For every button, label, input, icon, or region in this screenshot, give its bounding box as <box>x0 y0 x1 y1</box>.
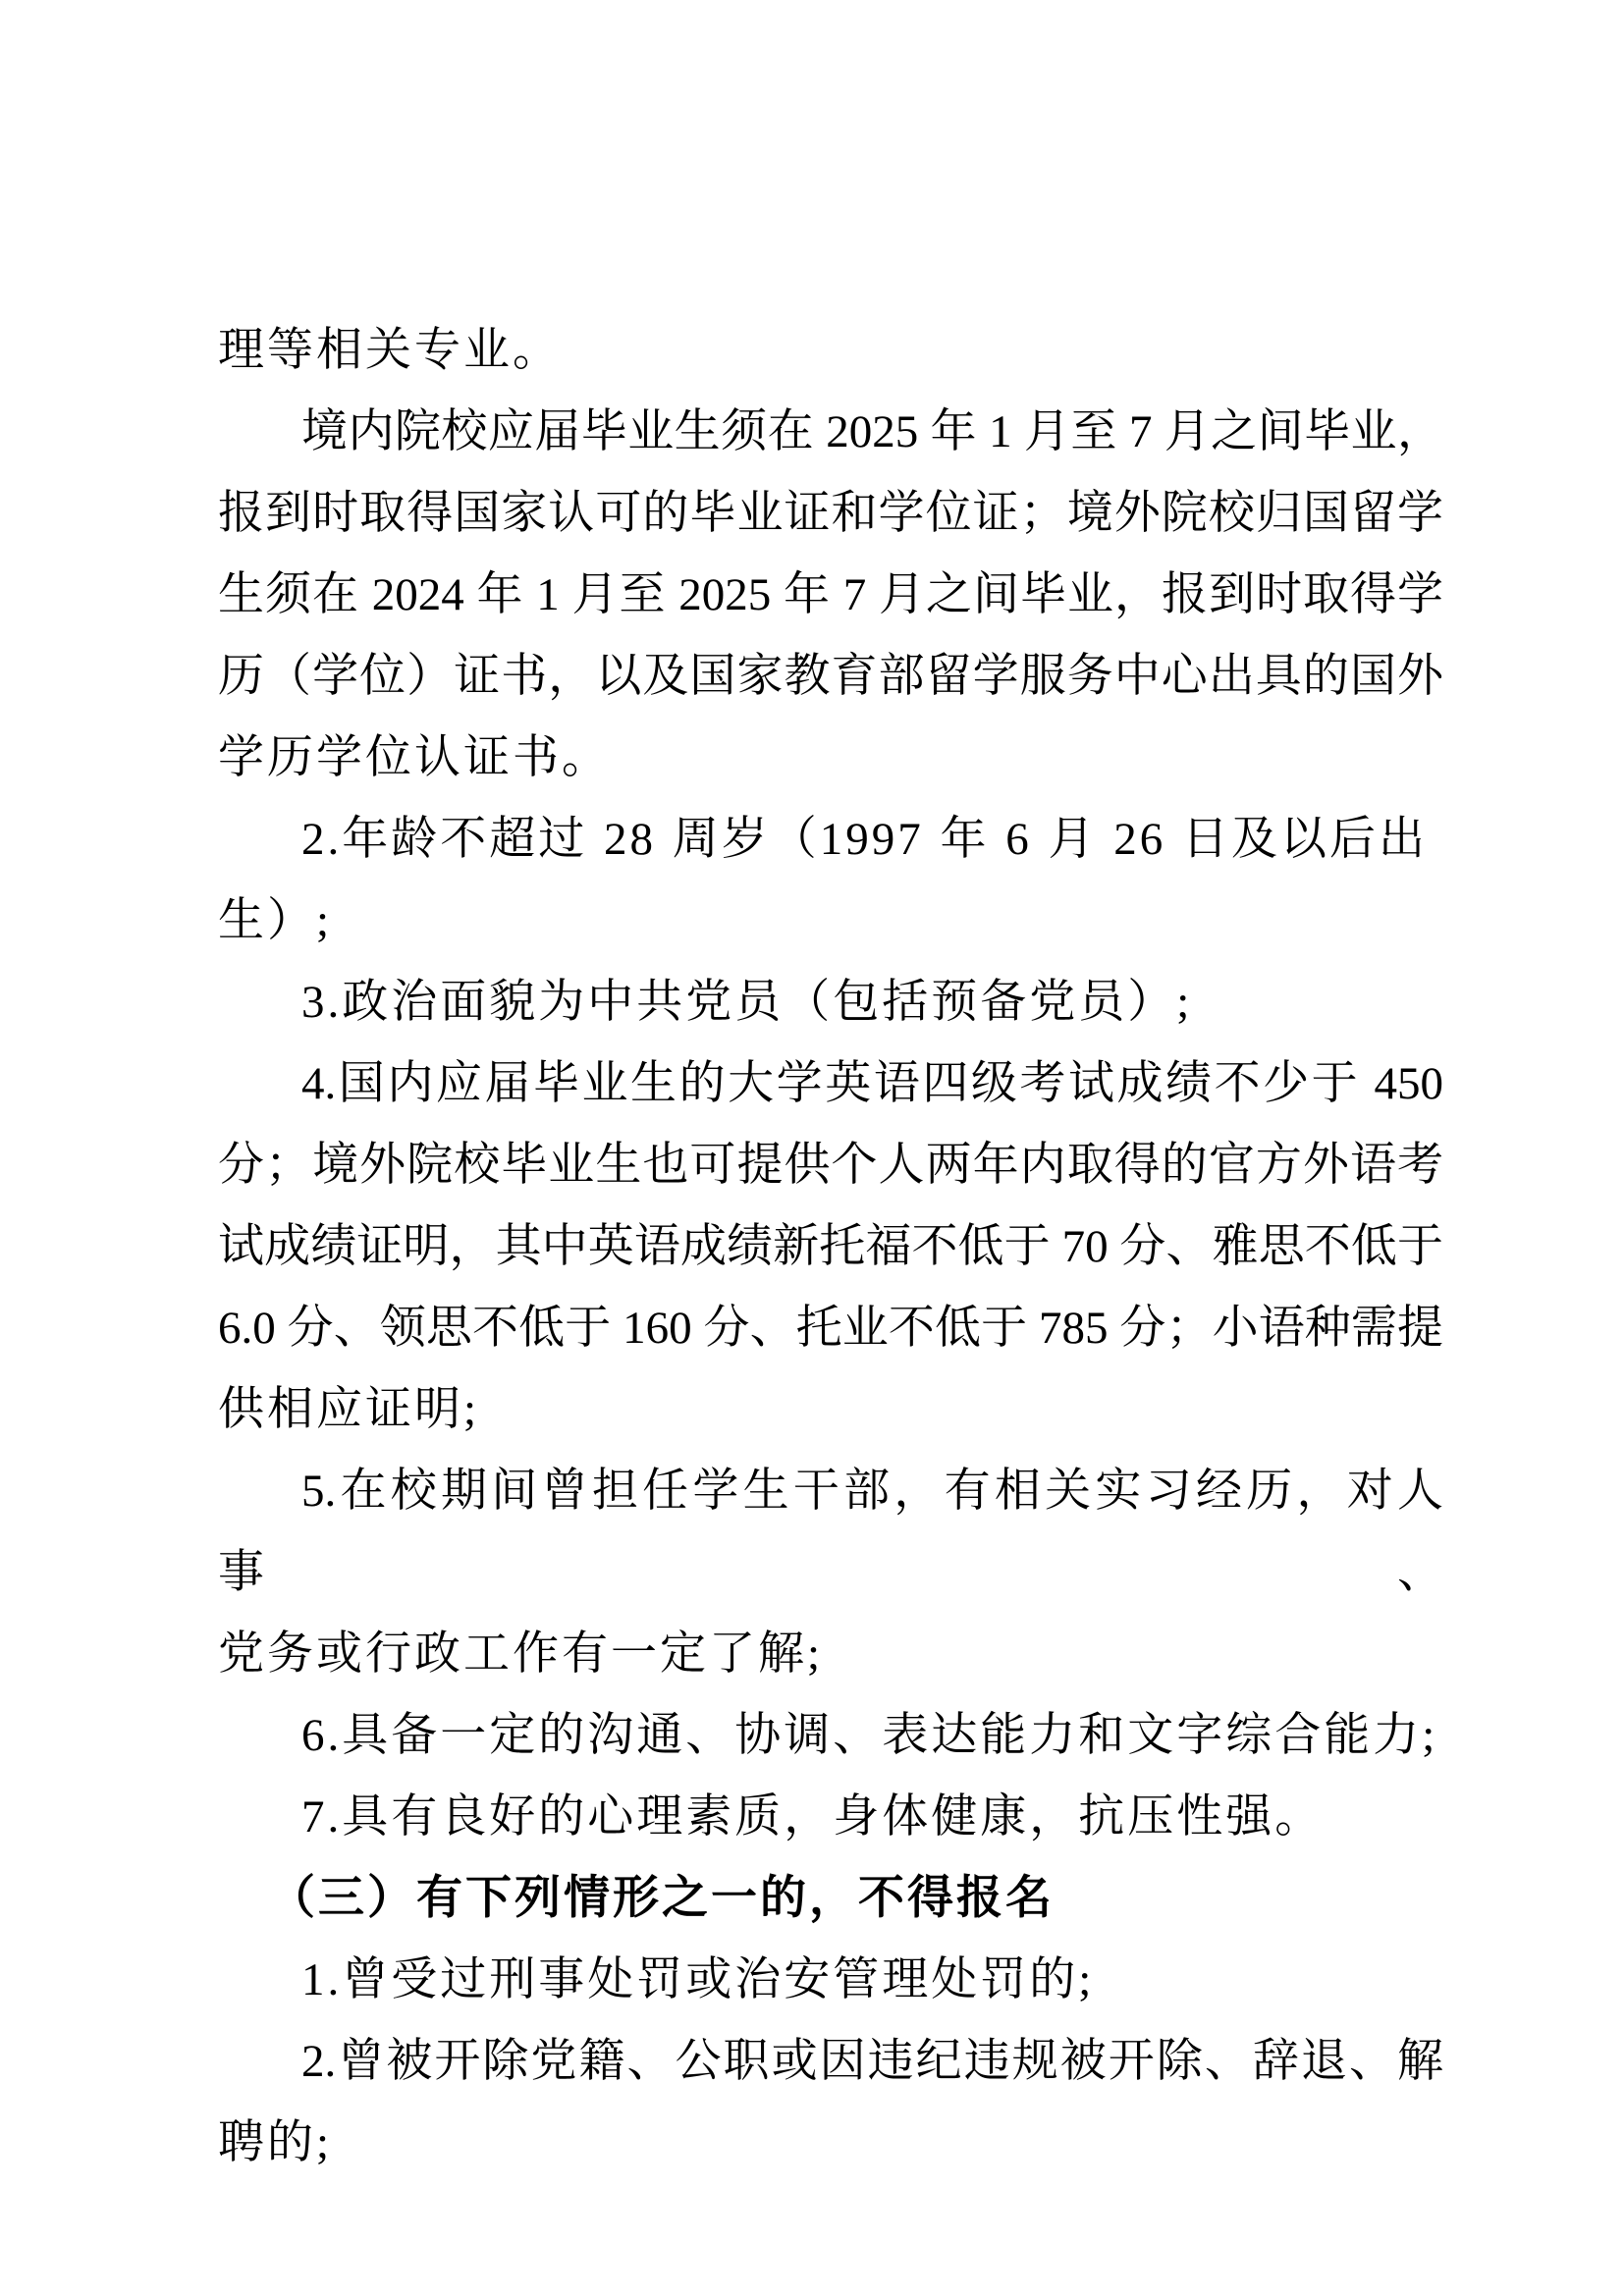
text-line: 7.具有良好的心理素质，身体健康，抗压性强。 <box>218 1777 1443 1858</box>
text-line: 6.0 分、领思不低于 160 分、托业不低于 785 分；小语种需提 <box>218 1288 1443 1369</box>
paragraph: 3.政治面貌为中共党员（包括预备党员）; <box>218 962 1443 1043</box>
text-line: 4.国内应届毕业生的大学英语四级考试成绩不少于 450 <box>218 1043 1443 1125</box>
text-line: 生须在 2024 年 1 月至 2025 年 7 月之间毕业，报到时取得学 <box>218 555 1443 636</box>
text-line: 试成绩证明，其中英语成绩新托福不低于 70 分、雅思不低于 <box>218 1206 1443 1288</box>
text-line: 理等相关专业。 <box>218 310 1443 392</box>
paragraph: 1.曾受过刑事处罚或治安管理处罚的; <box>218 1940 1443 2021</box>
text-line: 2.曾被开除党籍、公职或因违纪违规被开除、辞退、解 <box>218 2021 1443 2103</box>
paragraph: 境内院校应届毕业生须在 2025 年 1 月至 7 月之间毕业，报到时取得国家认… <box>218 392 1443 799</box>
text-line: 3.政治面貌为中共党员（包括预备党员）; <box>218 962 1443 1043</box>
paragraph: 2.年龄不超过 28 周岁（1997 年 6 月 26 日及以后出生）; <box>218 799 1443 962</box>
text-line: 分；境外院校毕业生也可提供个人两年内取得的官方外语考 <box>218 1125 1443 1206</box>
page-content: 理等相关专业。境内院校应届毕业生须在 2025 年 1 月至 7 月之间毕业，报… <box>218 310 1443 2184</box>
text-line: 学历学位认证书。 <box>218 718 1443 799</box>
text-line: 聘的; <box>218 2103 1443 2184</box>
text-line: 2.年龄不超过 28 周岁（1997 年 6 月 26 日及以后出生）; <box>218 799 1443 962</box>
text-line: 1.曾受过刑事处罚或治安管理处罚的; <box>218 1940 1443 2021</box>
text-line: 供相应证明; <box>218 1369 1443 1451</box>
paragraph: 4.国内应届毕业生的大学英语四级考试成绩不少于 450分；境外院校毕业生也可提供… <box>218 1043 1443 1451</box>
section-heading: （三）有下列情形之一的，不得报名 <box>218 1858 1443 1940</box>
paragraph: 5.在校期间曾担任学生干部，有相关实习经历，对人事、党务或行政工作有一定了解; <box>218 1451 1443 1695</box>
text-line: 6.具备一定的沟通、协调、表达能力和文字综合能力; <box>218 1695 1443 1777</box>
text-line: （三）有下列情形之一的，不得报名 <box>218 1858 1443 1940</box>
paragraph: 6.具备一定的沟通、协调、表达能力和文字综合能力; <box>218 1695 1443 1777</box>
text-line: 报到时取得国家认可的毕业证和学位证；境外院校归国留学 <box>218 473 1443 555</box>
text-line: 党务或行政工作有一定了解; <box>218 1614 1443 1695</box>
text-line: 5.在校期间曾担任学生干部，有相关实习经历，对人事、 <box>218 1451 1443 1614</box>
text-line: 境内院校应届毕业生须在 2025 年 1 月至 7 月之间毕业， <box>218 392 1443 473</box>
paragraph: 7.具有良好的心理素质，身体健康，抗压性强。 <box>218 1777 1443 1858</box>
paragraph: 理等相关专业。 <box>218 310 1443 392</box>
text-line: 历（学位）证书，以及国家教育部留学服务中心出具的国外 <box>218 636 1443 718</box>
document-page: 理等相关专业。境内院校应届毕业生须在 2025 年 1 月至 7 月之间毕业，报… <box>0 0 1624 2296</box>
paragraph: 2.曾被开除党籍、公职或因违纪违规被开除、辞退、解聘的; <box>218 2021 1443 2184</box>
